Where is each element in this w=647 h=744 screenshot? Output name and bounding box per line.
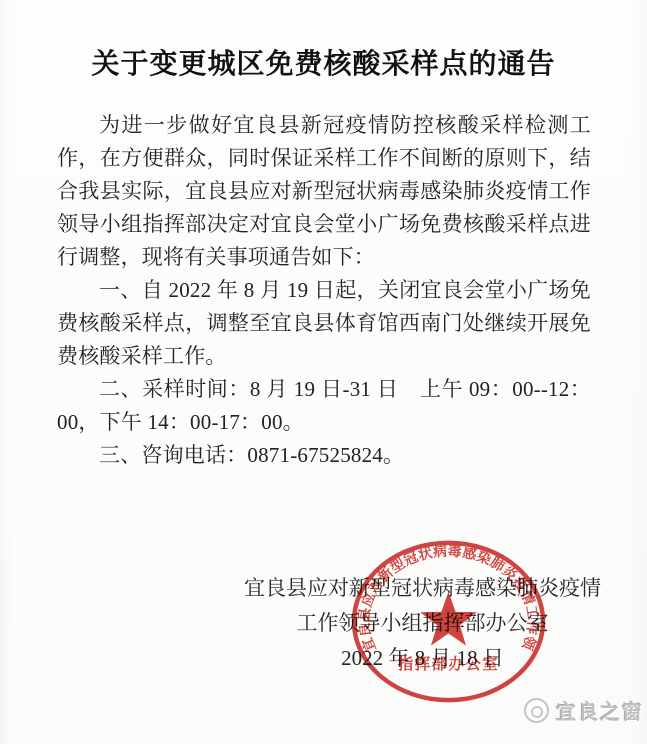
watermark-text: 宜良之窗 xyxy=(556,696,644,725)
signature-date: 2022 年 8 月 18 日 xyxy=(240,641,605,676)
signature-org-line-1: 宜良县应对新型冠状病毒感染肺炎疫情 xyxy=(240,571,605,606)
notice-paragraph-intro: 为进一步做好宜良县新冠疫情防控核酸采样检测工作，在方便群众，同时保证采样工作不间… xyxy=(57,109,591,274)
notice-paragraph-item-3: 三、咨询电话：0871-67525824。 xyxy=(57,439,591,472)
scanned-notice-page: 关于变更城区免费核酸采样点的通告 为进一步做好宜良县新冠疫情防控核酸采样检测工作… xyxy=(0,0,647,744)
notice-paragraph-item-1: 一、自 2022 年 8 月 19 日起，关闭宜良会堂小广场免费核酸采样点，调整… xyxy=(57,274,591,373)
notice-body: 为进一步做好宜良县新冠疫情防控核酸采样检测工作，在方便群众，同时保证采样工作不间… xyxy=(57,109,591,472)
signature-block: 宜良县应对新型冠状病毒感染肺炎疫情 工作领导小组指挥部办公室 2022 年 8 … xyxy=(240,571,605,676)
notice-title: 关于变更城区免费核酸采样点的通告 xyxy=(0,42,647,82)
yiliang-window-logo-icon xyxy=(524,698,549,723)
signature-org-line-2: 工作领导小组指挥部办公室 xyxy=(240,606,605,641)
watermark: 宜良之窗 xyxy=(524,696,644,725)
notice-paragraph-item-2: 二、采样时间：8 月 19 日-31 日 上午 09：00--12：00，下午 … xyxy=(57,373,591,439)
